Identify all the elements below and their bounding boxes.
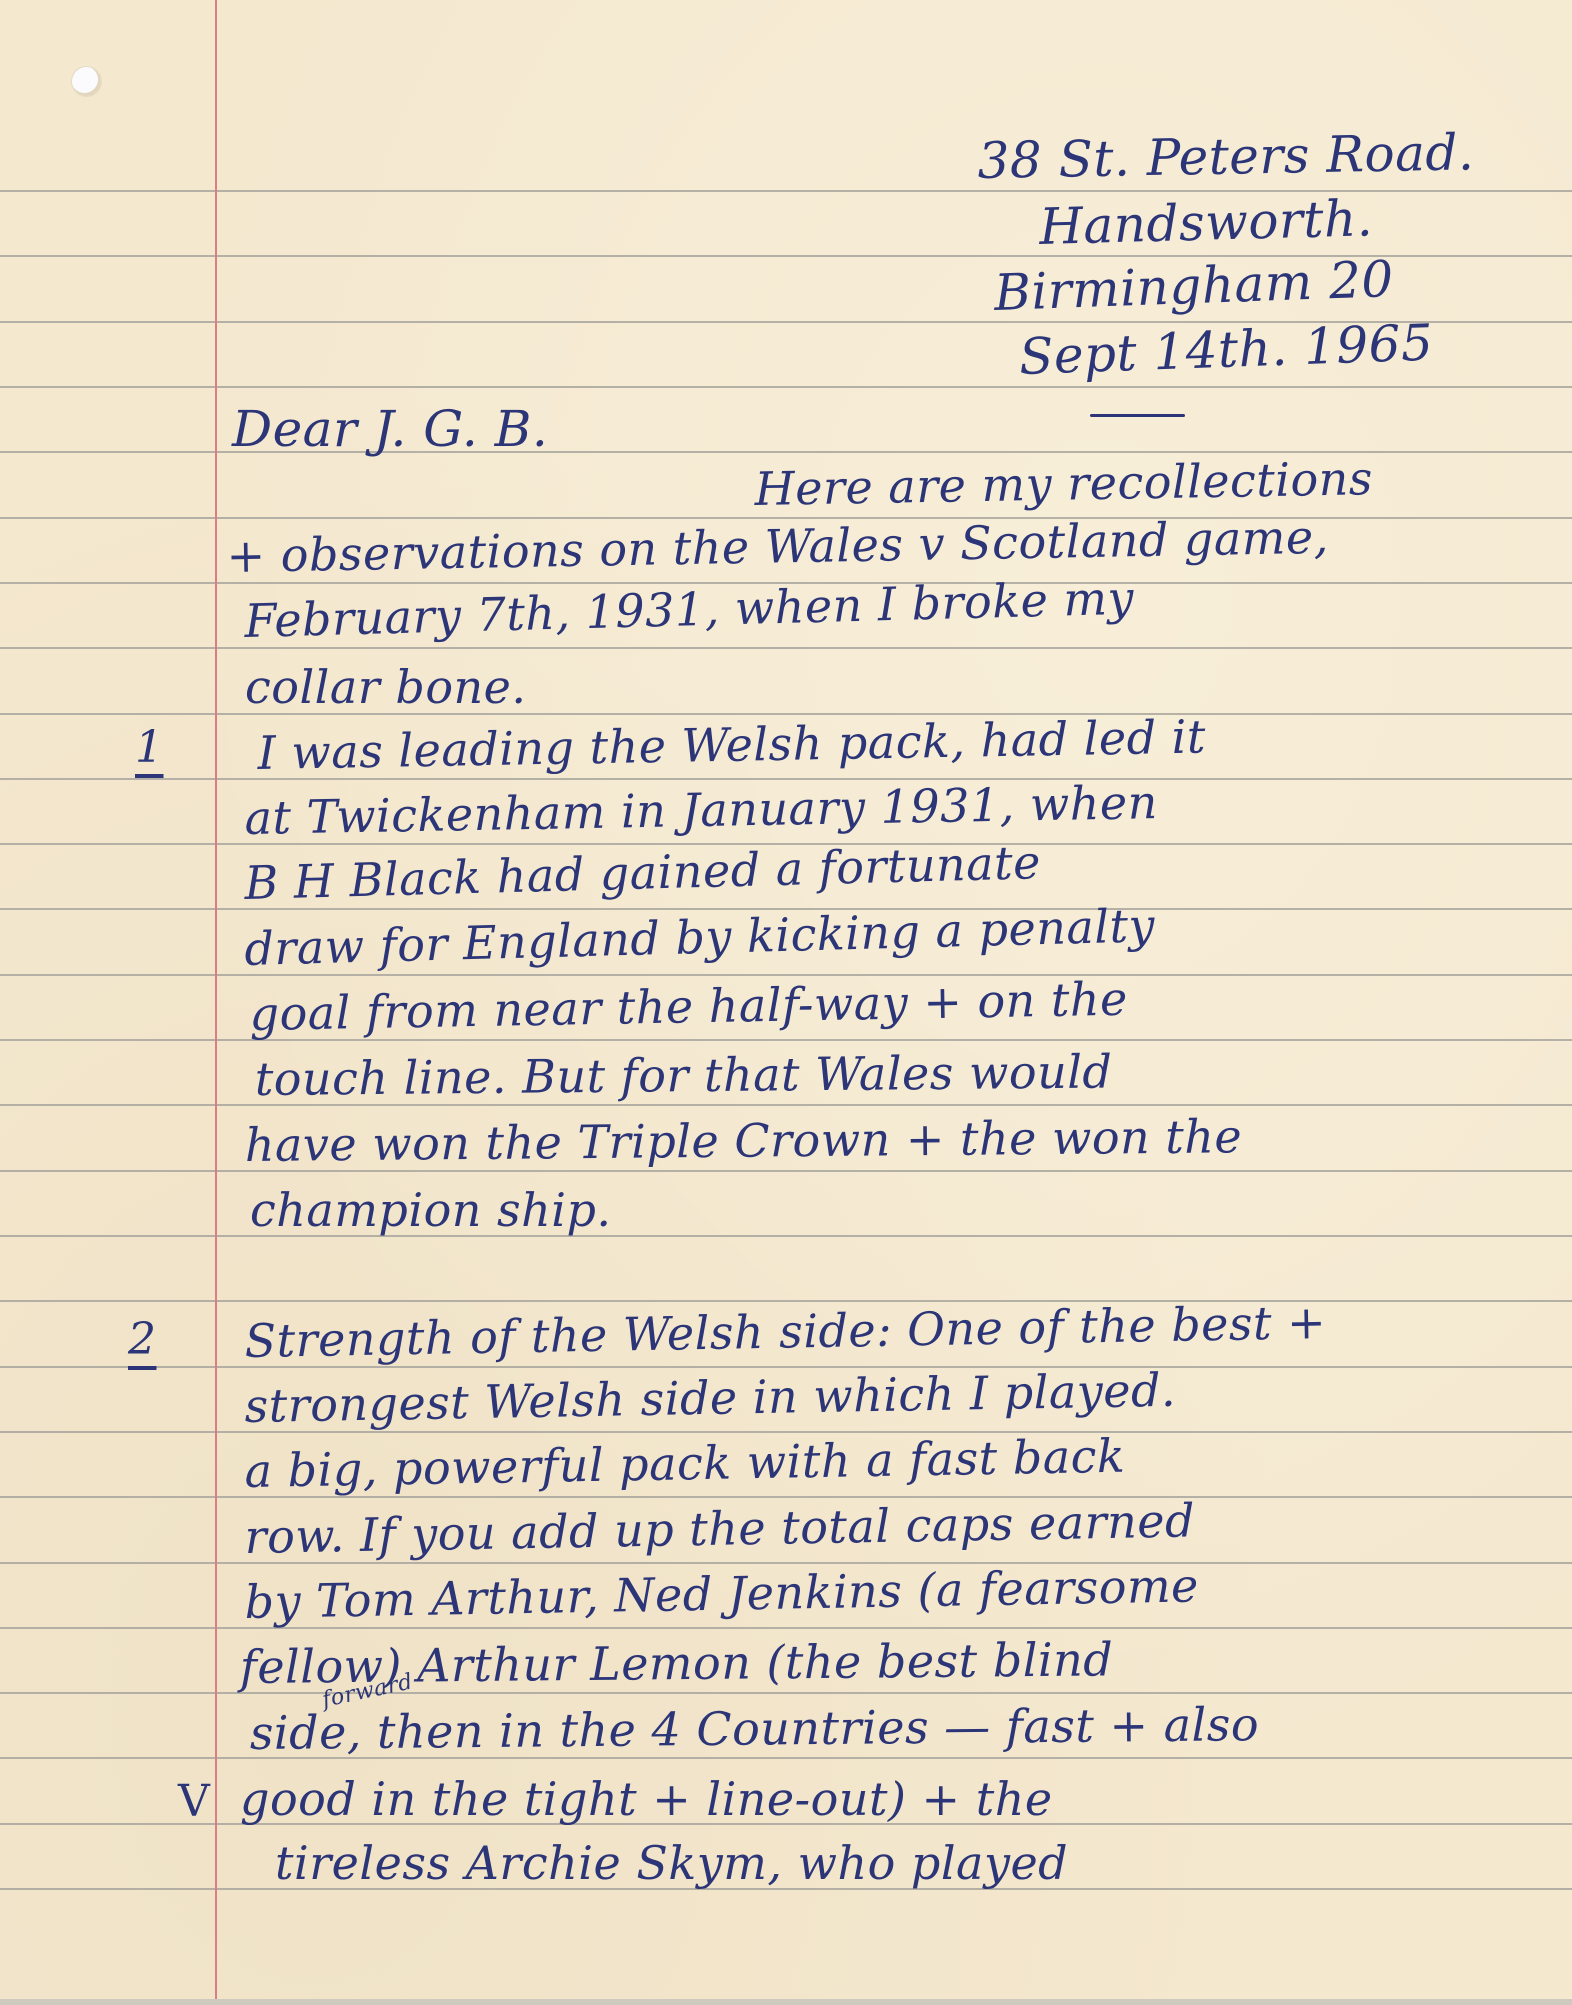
- ruled-line: [0, 1496, 1572, 1498]
- address-line-2: Handsworth.: [1039, 193, 1374, 252]
- ruled-line: [0, 778, 1572, 780]
- point-1-line: I was leading the Welsh pack, had led it: [257, 713, 1206, 776]
- point-1-line: B H Black had gained a fortunate: [244, 839, 1042, 906]
- punch-hole: [72, 67, 101, 96]
- point-2-line: tireless Archie Skym, who played: [275, 1840, 1068, 1886]
- intro-line-1: Here are my recollections: [754, 455, 1373, 512]
- ruled-line: [0, 713, 1572, 715]
- point-1-line: draw for England by kicking a penalty: [244, 902, 1156, 972]
- point-number-1: 1: [135, 726, 164, 770]
- point-2-line: by Tom Arthur, Ned Jenkins (a fearsome: [244, 1562, 1199, 1625]
- salutation: Dear J. G. B.: [232, 404, 548, 454]
- page-edge: [0, 1999, 1572, 2005]
- point-2-line: Strength of the Welsh side: One of the b…: [244, 1299, 1326, 1364]
- point-1-line: goal from near the half-way + on the: [249, 976, 1128, 1037]
- point-1-line: have won the Triple Crown + the won the: [245, 1113, 1243, 1168]
- ruled-line: [0, 1170, 1572, 1172]
- ruled-line: [0, 1562, 1572, 1564]
- ruled-line: [0, 1366, 1572, 1368]
- point-2-line: side, then in the 4 Countries — fast + a…: [250, 1701, 1260, 1756]
- ruled-line: [0, 974, 1572, 976]
- point-2-line: strongest Welsh side in which I played.: [244, 1367, 1176, 1429]
- margin-check-mark: V: [178, 1780, 210, 1824]
- address-line-1: 38 St. Peters Road.: [977, 127, 1475, 186]
- address-date: Sept 14th. 1965: [1018, 318, 1434, 382]
- intro-line-4: collar bone.: [245, 664, 527, 710]
- ruled-line: [0, 1039, 1572, 1041]
- point-2-line: a big, powerful pack with a fast back: [244, 1433, 1125, 1494]
- ruled-line: [0, 1627, 1572, 1629]
- point-2-line: row. If you add up the total caps earned: [244, 1497, 1195, 1560]
- point-1-line: at Twickenham in January 1931, when: [244, 779, 1158, 841]
- date-underline: [1090, 414, 1185, 417]
- ruled-line: [0, 1692, 1572, 1694]
- point-number-2: 2: [128, 1318, 157, 1362]
- ruled-line: [0, 1431, 1572, 1433]
- ruled-line: [0, 1104, 1572, 1106]
- ruled-line: [0, 386, 1572, 388]
- point-2-line: good in the tight + line-out) + the: [240, 1776, 1053, 1822]
- address-line-3: Birmingham 20: [993, 254, 1394, 318]
- letter-page: 38 St. Peters Road. Handsworth. Birmingh…: [0, 0, 1572, 2005]
- intro-line-2: + observations on the Wales v Scotland g…: [226, 514, 1329, 579]
- intro-line-3: February 7th, 1931, when I broke my: [244, 575, 1135, 644]
- ruled-line: [0, 647, 1572, 649]
- ruled-line: [0, 1235, 1572, 1237]
- ruled-line: [0, 1757, 1572, 1759]
- ruled-line: [0, 1300, 1572, 1302]
- margin-line: [215, 0, 217, 2000]
- point-1-line: touch line. But for that Wales would: [255, 1049, 1113, 1102]
- point-1-line: champion ship.: [250, 1187, 612, 1233]
